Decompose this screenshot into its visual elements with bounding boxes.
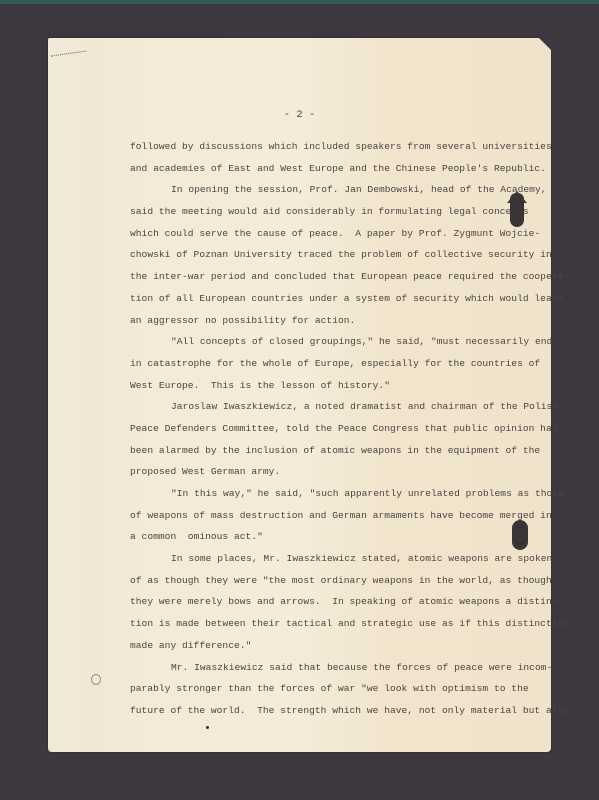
text-line: they were merely bows and arrows. In spe… <box>130 591 550 613</box>
text-line: In opening the session, Prof. Jan Dembow… <box>130 179 550 201</box>
body-text: followed by discussions which included s… <box>130 136 550 722</box>
text-line: said the meeting would aid considerably … <box>130 201 550 223</box>
pencil-mark <box>51 51 87 61</box>
text-line: tion is made between their tactical and … <box>130 613 550 635</box>
text-line: "In this way," he said, "such apparently… <box>130 483 550 505</box>
text-line: In some places, Mr. Iwaszkiewicz stated,… <box>130 548 550 570</box>
text-line: been alarmed by the inclusion of atomic … <box>130 440 550 462</box>
margin-circle-mark <box>91 674 101 685</box>
text-line: proposed West German army. <box>130 461 550 483</box>
text-line: chowski of Poznan University traced the … <box>130 244 550 266</box>
text-line: tion of all European countries under a s… <box>130 288 550 310</box>
text-line: Peace Defenders Committee, told the Peac… <box>130 418 550 440</box>
text-line: in catastrophe for the whole of Europe, … <box>130 353 550 375</box>
text-line: "All concepts of closed groupings," he s… <box>130 331 550 353</box>
top-edge-strip <box>0 0 599 4</box>
ink-dot <box>206 726 209 729</box>
text-line: and academies of East and West Europe an… <box>130 158 550 180</box>
text-line: of as though they were "the most ordinar… <box>130 570 550 592</box>
text-line: followed by discussions which included s… <box>130 136 550 158</box>
page-number: - 2 - <box>48 109 551 121</box>
text-line: future of the world. The strength which … <box>130 700 550 722</box>
text-line: an aggressor no possibility for action. <box>130 310 550 332</box>
document-page: - 2 - followed by discussions which incl… <box>48 38 551 752</box>
text-line: the inter-war period and concluded that … <box>130 266 550 288</box>
text-line: Mr. Iwaszkiewicz said that because the f… <box>130 657 550 679</box>
text-line: of weapons of mass destruction and Germa… <box>130 505 550 527</box>
text-line: West Europe. This is the lesson of histo… <box>130 375 550 397</box>
torn-corner <box>538 37 552 51</box>
text-line: parably stronger than the forces of war … <box>130 678 550 700</box>
text-line: which could serve the cause of peace. A … <box>130 223 550 245</box>
text-line: Jaroslaw Iwaszkiewicz, a noted dramatist… <box>130 396 550 418</box>
punch-hole-icon <box>512 520 528 550</box>
text-line: made any difference." <box>130 635 550 657</box>
text-line: a common ominous act." <box>130 526 550 548</box>
punch-hole-icon <box>510 193 524 227</box>
